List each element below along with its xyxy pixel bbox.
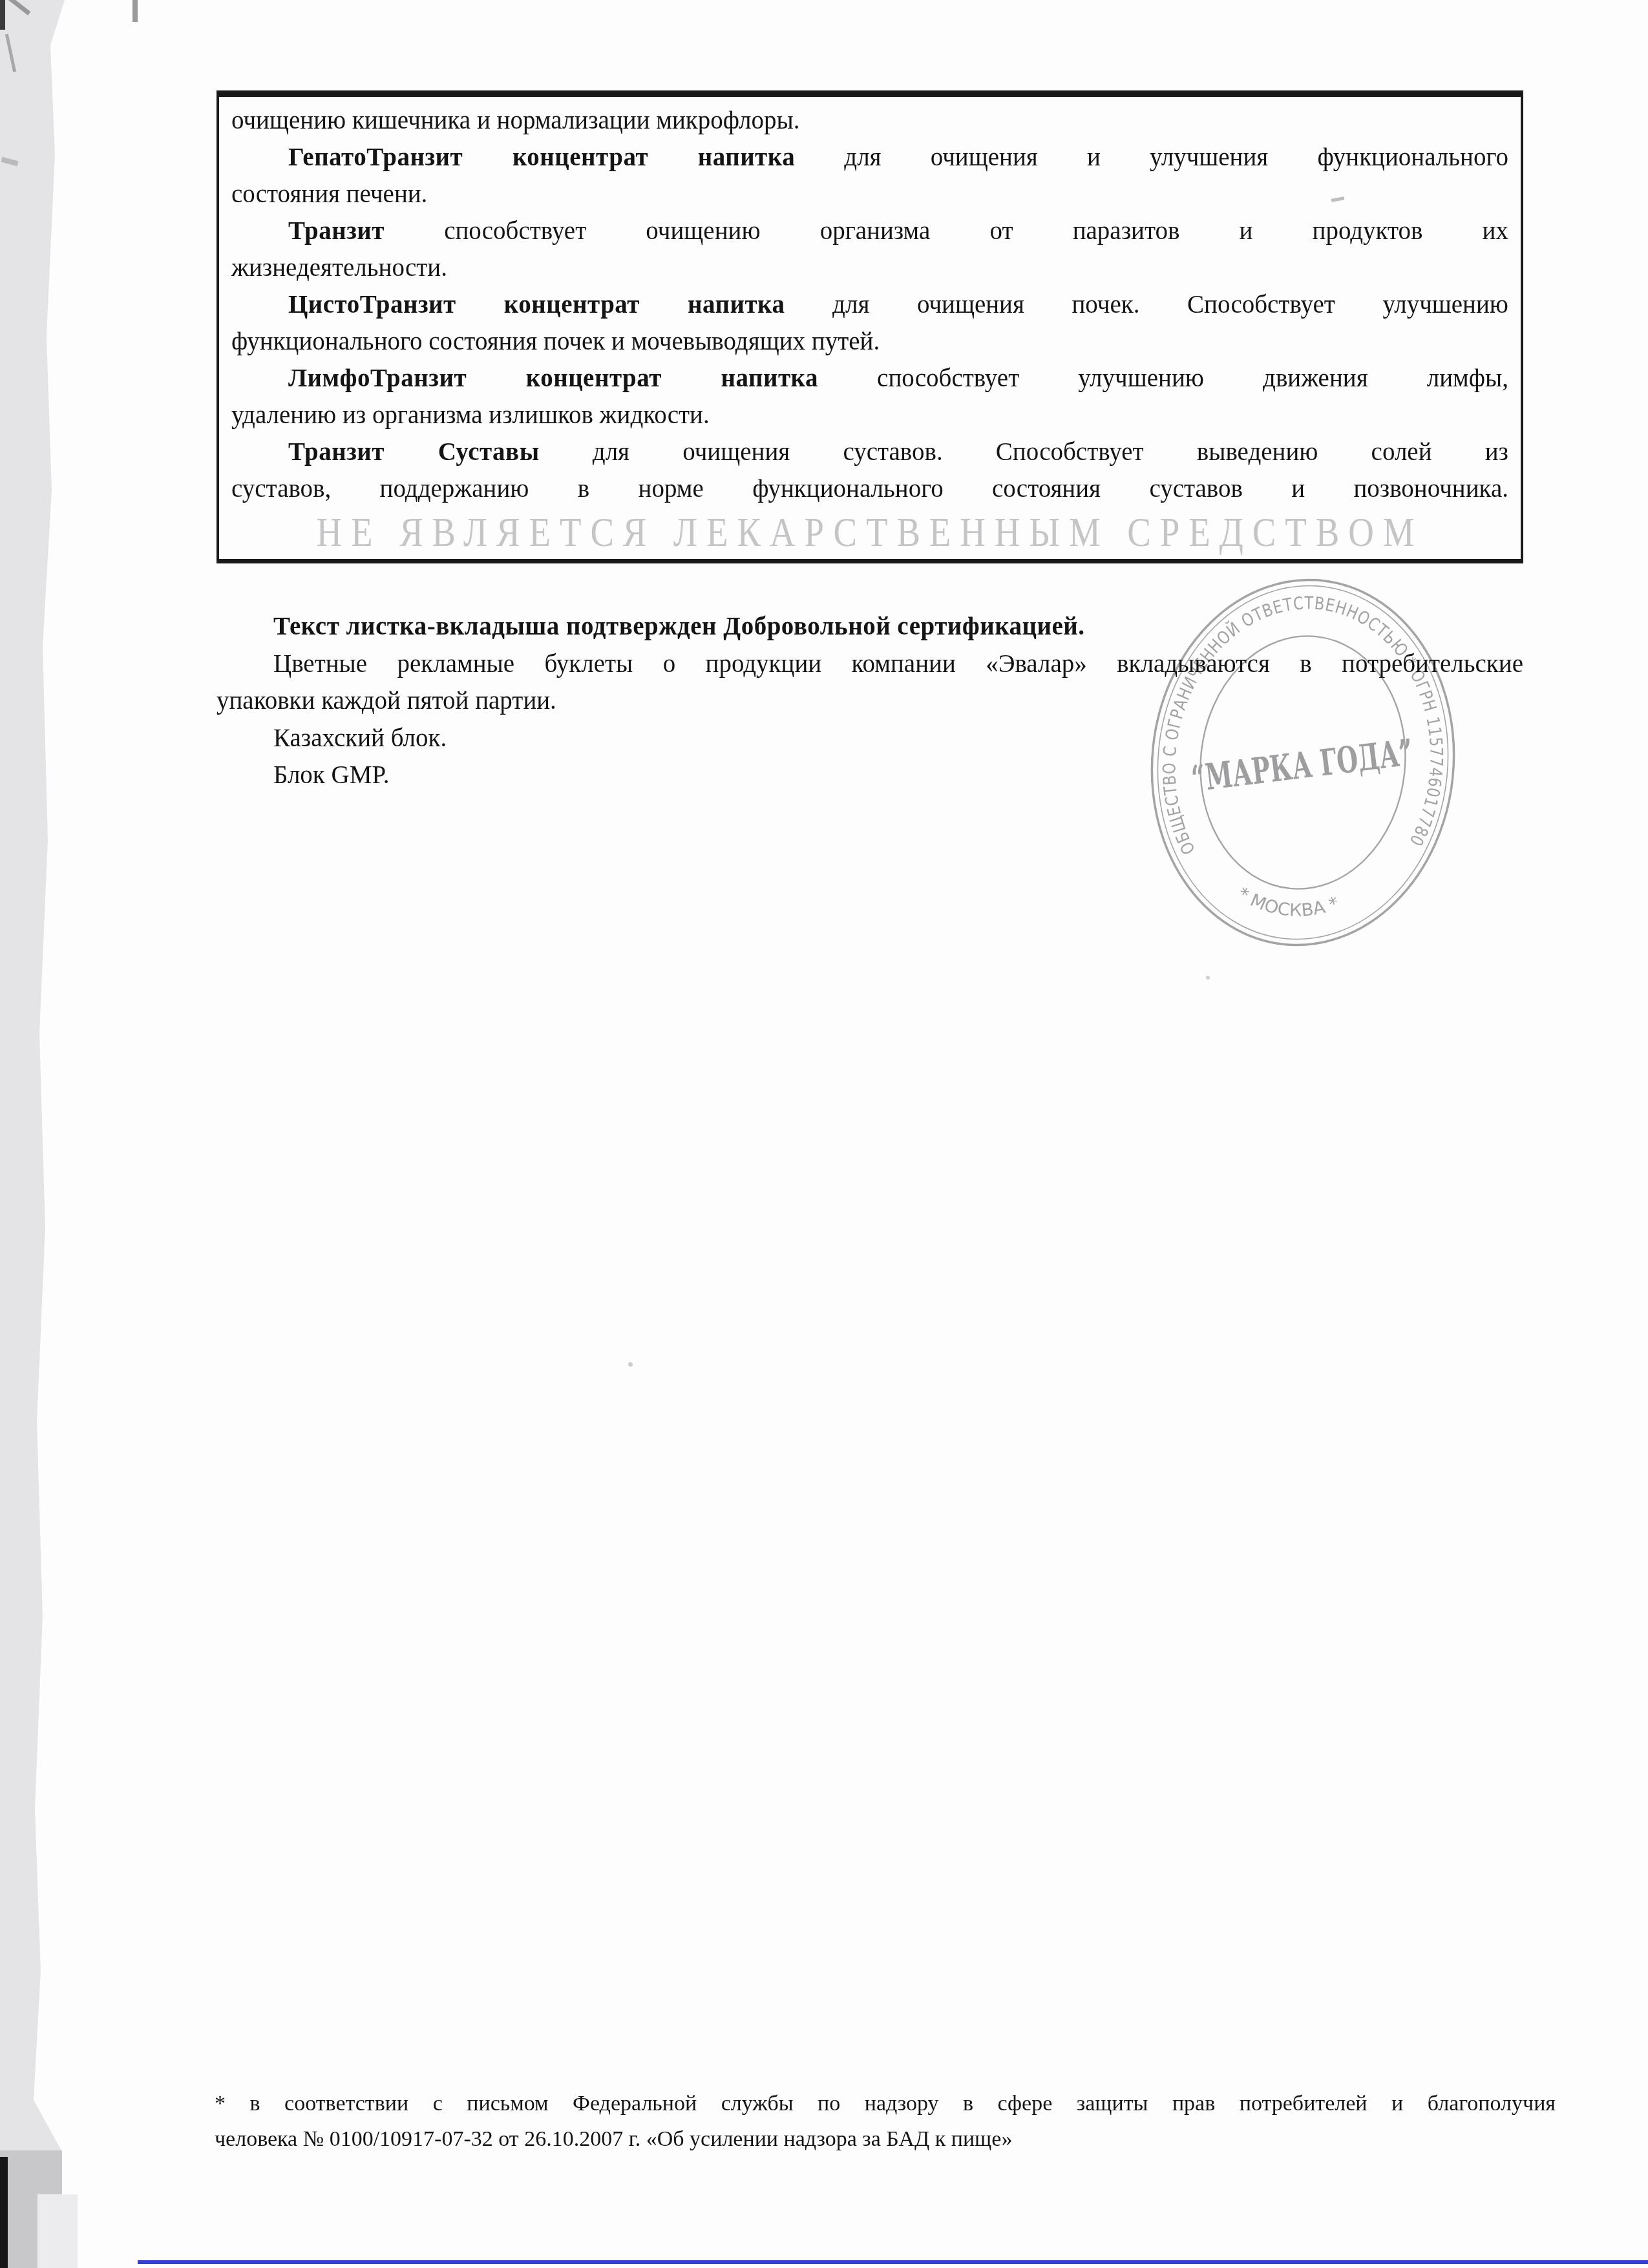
text-line: состояния печени. [231,176,1508,213]
text-line: Транзит способствует очищению организма … [231,213,1508,249]
line-text: человека № 0100/10917-07-32 от 26.10.200… [215,2127,1012,2151]
line-text: суставов, поддержанию в норме функционал… [231,475,1508,503]
text-line: жизнедеятельности. [231,249,1508,286]
product-info-box: очищению кишечника и нормализации микроф… [217,90,1523,563]
footnote-lines: * в соответствии с письмом Федеральной с… [215,2086,1556,2157]
line-text: Казахский блок. [273,724,447,752]
line-text: удалению из организма излишков жидкости. [231,401,710,429]
line-text: Блок GMP. [273,761,390,789]
scanned-leaflet-page: ОБЩЕСТВО С ОГРАНИЧЕННОЙ ОТВЕТСТВЕННОСТЬЮ… [0,0,1648,2268]
text-line: упаковки каждой пятой партии. [217,682,1523,720]
line-text: состояния печени. [231,180,427,208]
text-line: удалению из организма излишков жидкости. [231,397,1508,434]
text-line: Транзит Суставы для очищения суставов. С… [231,434,1508,470]
text-line: ГепатоТранзит концентрат напитка для очи… [231,139,1508,176]
product-name-bold: ГепатоТранзит концентрат напитка [288,143,795,171]
bottom-blue-line-artifact [138,2260,1648,2264]
line-text: * в соответствии с письмом Федеральной с… [215,2092,1556,2116]
line-text: жизнедеятельности. [231,254,447,282]
box-text-lines: очищению кишечника и нормализации микроф… [231,102,1508,507]
text-line: Блок GMP. [217,757,1523,794]
not-medicine-watermark: НЕ ЯВЛЯЕТСЯ ЛЕКАРСТВЕННЫМ СРЕДСТВОМ [314,510,1425,555]
text-line: суставов, поддержанию в норме функционал… [231,470,1508,507]
product-name-bold: ЛимфоТранзит концентрат напитка [288,364,818,392]
left-scan-band-artifact [0,0,71,2268]
text-line: Текст листка-вкладыша подтвержден Добров… [217,608,1523,646]
bottom-left-light-patch-artifact [37,2194,78,2268]
text-line: Цветные рекламные буклеты о продукции ко… [217,646,1523,683]
stamp-bottom-text: * МОСКВА * [1232,883,1344,926]
line-text: функционального состояния почек и мочевы… [231,328,880,355]
line-text: упаковки каждой пятой партии. [217,687,556,715]
speck-artifact [628,1362,633,1367]
bold-lead: Текст листка-вкладыша подтвержден Добров… [273,613,1085,640]
footnote-line: человека № 0100/10917-07-32 от 26.10.200… [215,2121,1556,2157]
svg-text:* МОСКВА *: * МОСКВА * [1232,883,1344,926]
footnote-line: * в соответствии с письмом Федеральной с… [215,2086,1556,2121]
text-line: очищению кишечника и нормализации микроф… [231,102,1508,139]
bottom-left-black-sliver-artifact [0,2157,8,2268]
line-text: способствует очищению организма от параз… [385,217,1508,245]
text-line: ЛимфоТранзит концентрат напитка способст… [231,360,1508,397]
body-text: Текст листка-вкладыша подтвержден Добров… [217,608,1523,794]
line-text: для очищения суставов. Способствует выве… [540,438,1508,466]
scratch-artifact [132,0,138,22]
top-left-notch-artifact [0,0,5,30]
product-name-bold: Транзит [288,217,385,245]
text-line: Казахский блок. [217,720,1523,757]
product-name-bold: Транзит Суставы [288,438,540,466]
line-text: для очищения и улучшения функционального [795,143,1508,171]
line-text: Цветные рекламные буклеты о продукции ко… [273,650,1523,678]
line-text: для очищения почек. Способствует улучшен… [785,291,1509,319]
text-line: функционального состояния почек и мочевы… [231,323,1508,360]
product-name-bold: ЦистоТранзит концентрат напитка [288,291,785,319]
text-line: ЦистоТранзит концентрат напитка для очищ… [231,286,1508,323]
footnote: * в соответствии с письмом Федеральной с… [215,2086,1556,2157]
body-text-lines: Текст листка-вкладыша подтвержден Добров… [217,608,1523,794]
line-text: способствует улучшению движения лимфы, [818,364,1508,392]
speck-artifact [1206,976,1210,980]
line-text: очищению кишечника и нормализации микроф… [231,107,800,134]
